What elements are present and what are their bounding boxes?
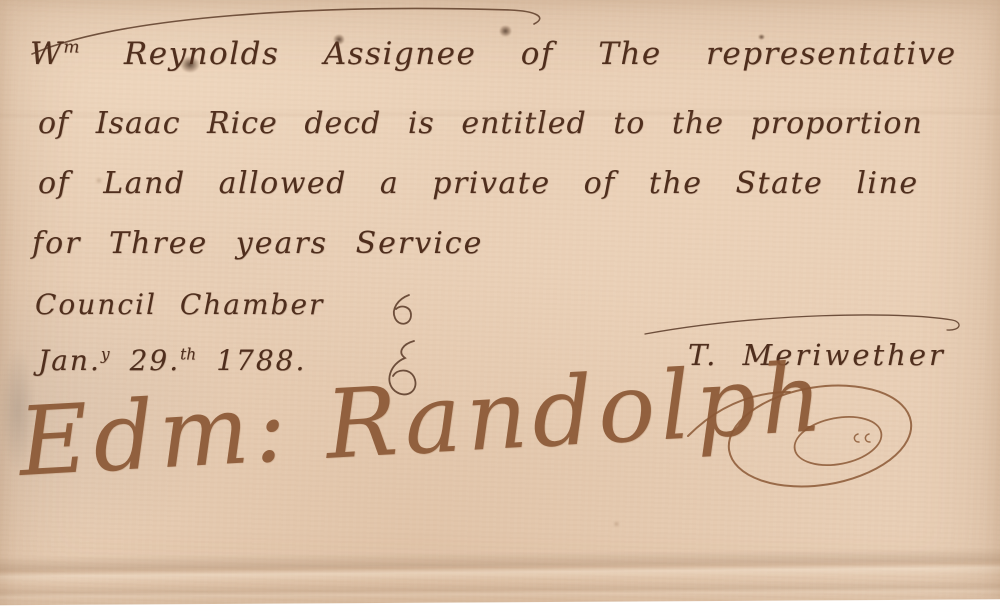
date-day-superscript: th [180,346,196,364]
chamber-brace-flourish [394,295,411,324]
foxing-spot [612,520,621,528]
body-line-4: for Three years Service [32,226,483,261]
line1-text: Reynolds Assignee of The representative [124,36,957,72]
place-line: Council Chamber [35,288,324,321]
date-month: Jan. [38,344,101,377]
paraph-mark [854,434,870,442]
line1-initial: W [30,36,63,72]
body-line-1: Wm Reynolds Assignee of The representati… [30,36,957,72]
date-month-superscript: y [101,346,110,364]
date-line: Jan.y29.th1788. [38,344,306,377]
body-line-2: of Isaac Rice decd is entitled to the pr… [38,106,923,141]
scan-bottom-edge [0,596,1000,611]
attest-overline-flourish [645,315,959,334]
manuscript-page: Wm Reynolds Assignee of The representati… [0,0,1000,611]
body-line-3: of Land allowed a private of the State l… [38,166,919,201]
fold-crease [0,579,1000,601]
date-day: 29. [130,344,181,377]
fold-crease [0,548,1000,585]
line1-superscript: m [63,38,79,58]
